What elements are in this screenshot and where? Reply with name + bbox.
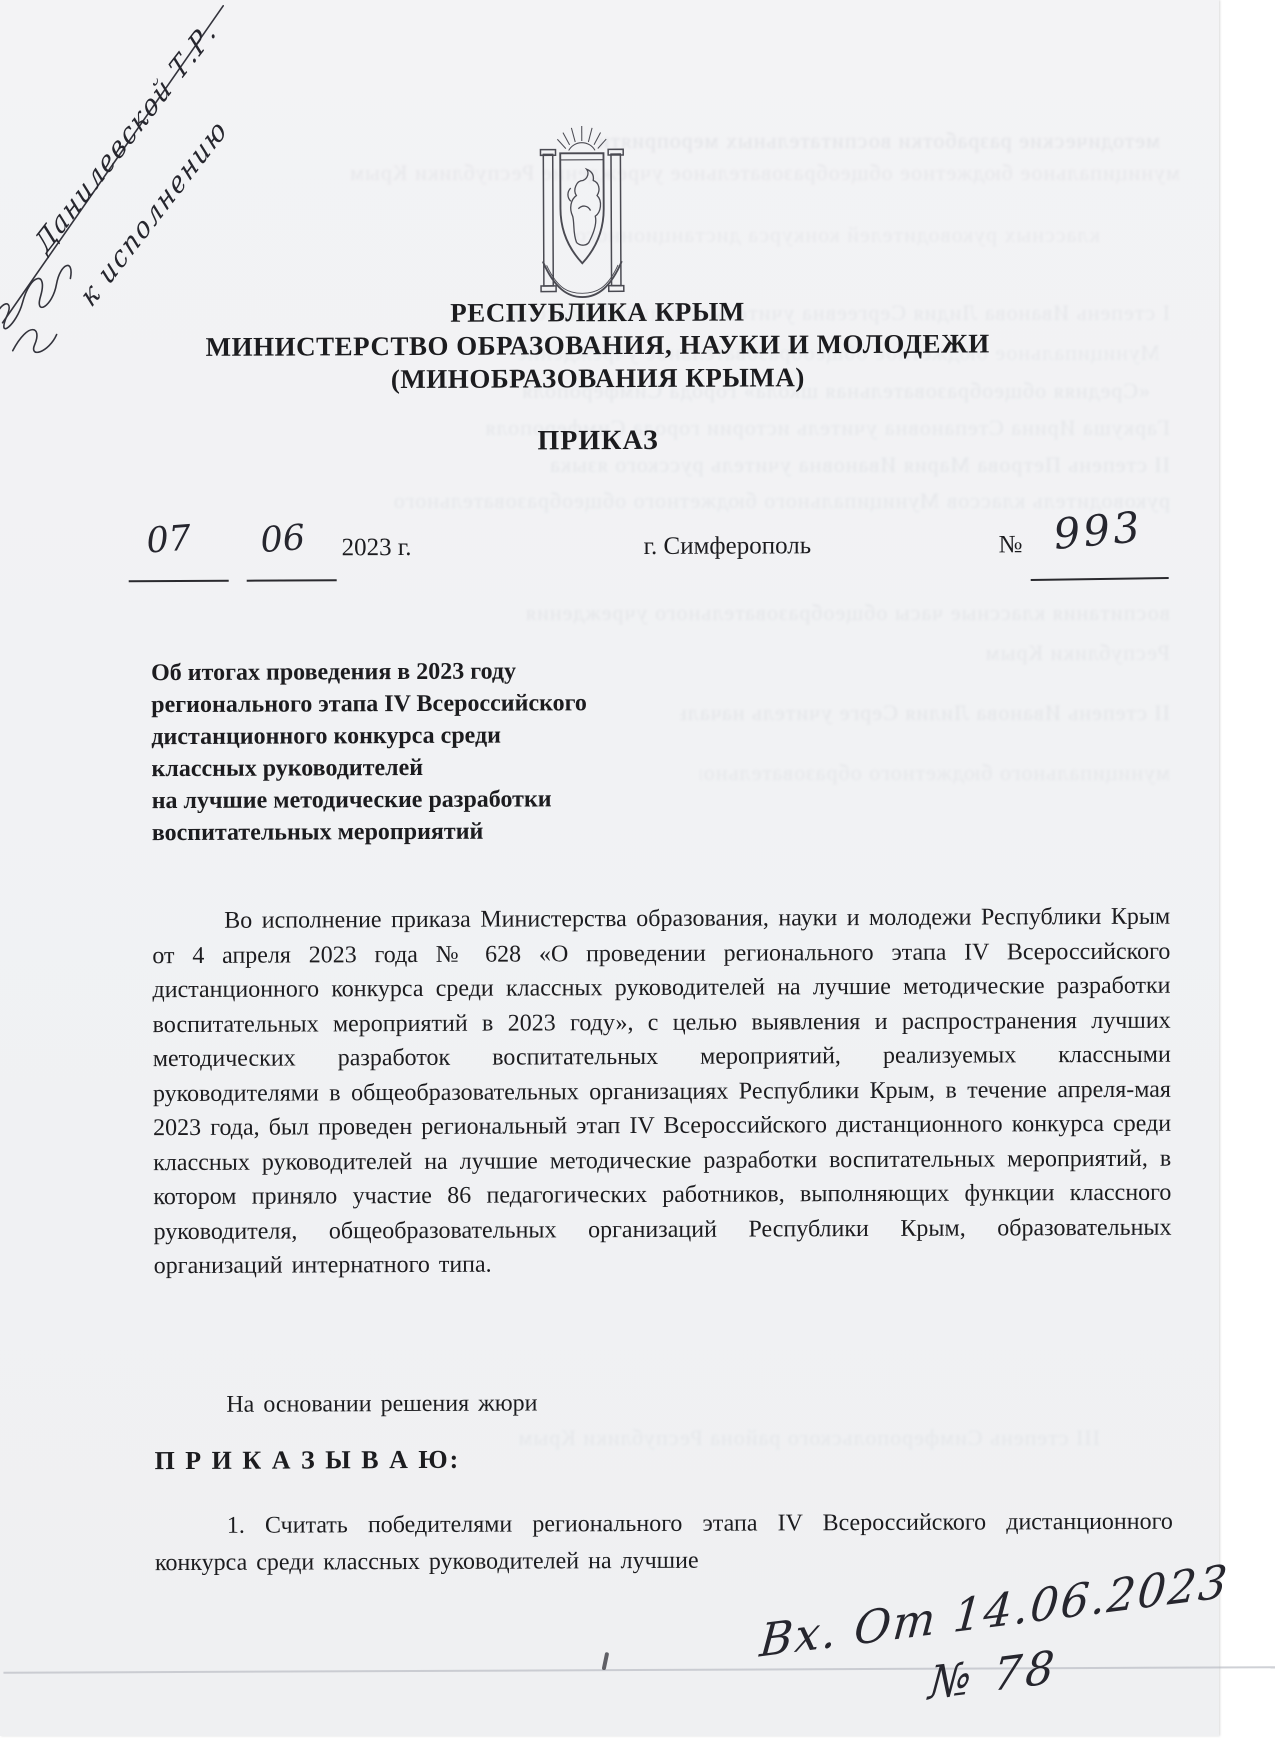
handwritten-month: 06 bbox=[259, 518, 306, 561]
handwritten-registration-note: Вх. От 14.06.2023 № 78 bbox=[738, 1575, 1219, 1747]
ink-speck bbox=[602, 1652, 610, 1670]
city-label: г. Симферополь bbox=[644, 532, 812, 561]
subject-line: на лучшие методические разработки bbox=[152, 782, 772, 817]
left-column bbox=[540, 150, 556, 292]
crimea-coat-of-arms bbox=[535, 122, 630, 310]
order-heading: П Р И К А З Ы В А Ю: bbox=[154, 1445, 460, 1476]
shield bbox=[560, 153, 604, 263]
subject-line: регионального этапа IV Всероссийского bbox=[151, 686, 771, 721]
signature-scribble bbox=[0, 265, 71, 340]
subject-line: классных руководителей bbox=[151, 750, 771, 785]
number-sign: № bbox=[998, 531, 1022, 559]
document-content: РЕСПУБЛИКА КРЫМ МИНИСТЕРСТВО ОБРАЗОВАНИЯ… bbox=[0, 0, 1275, 1753]
ribbon-inner bbox=[547, 265, 619, 294]
subject-line: Об итогах проведения в 2023 году bbox=[151, 654, 771, 689]
day-underline bbox=[129, 580, 229, 582]
number-underline bbox=[1031, 577, 1169, 581]
incoming-number-note: № 78 bbox=[927, 1640, 1061, 1710]
printed-year: 2023 г. bbox=[342, 534, 412, 562]
month-underline bbox=[247, 579, 337, 581]
subject-line: дистанционного конкурса среди bbox=[151, 718, 771, 753]
handwritten-order-number: 993 bbox=[1051, 502, 1144, 559]
order-item-1: 1. Считать победителями регионального эт… bbox=[155, 1504, 1173, 1582]
signature-scribble bbox=[13, 330, 57, 353]
subject-line: воспитательных мероприятий bbox=[152, 814, 772, 849]
body-paragraph: На основании решения жюри bbox=[154, 1384, 1172, 1422]
document-type-title: ПРИКАЗ bbox=[28, 423, 1168, 460]
handwritten-resolution: Данилевской Т.Р. к исполнению bbox=[0, 0, 353, 371]
body-paragraph: Во исполнение приказа Министерства образ… bbox=[152, 900, 1172, 1284]
handwritten-day: 07 bbox=[145, 518, 192, 561]
sun-rays-icon bbox=[557, 126, 606, 151]
griffin-icon bbox=[568, 169, 601, 245]
order-subject: Об итогах проведения в 2023 году региона… bbox=[151, 654, 772, 849]
